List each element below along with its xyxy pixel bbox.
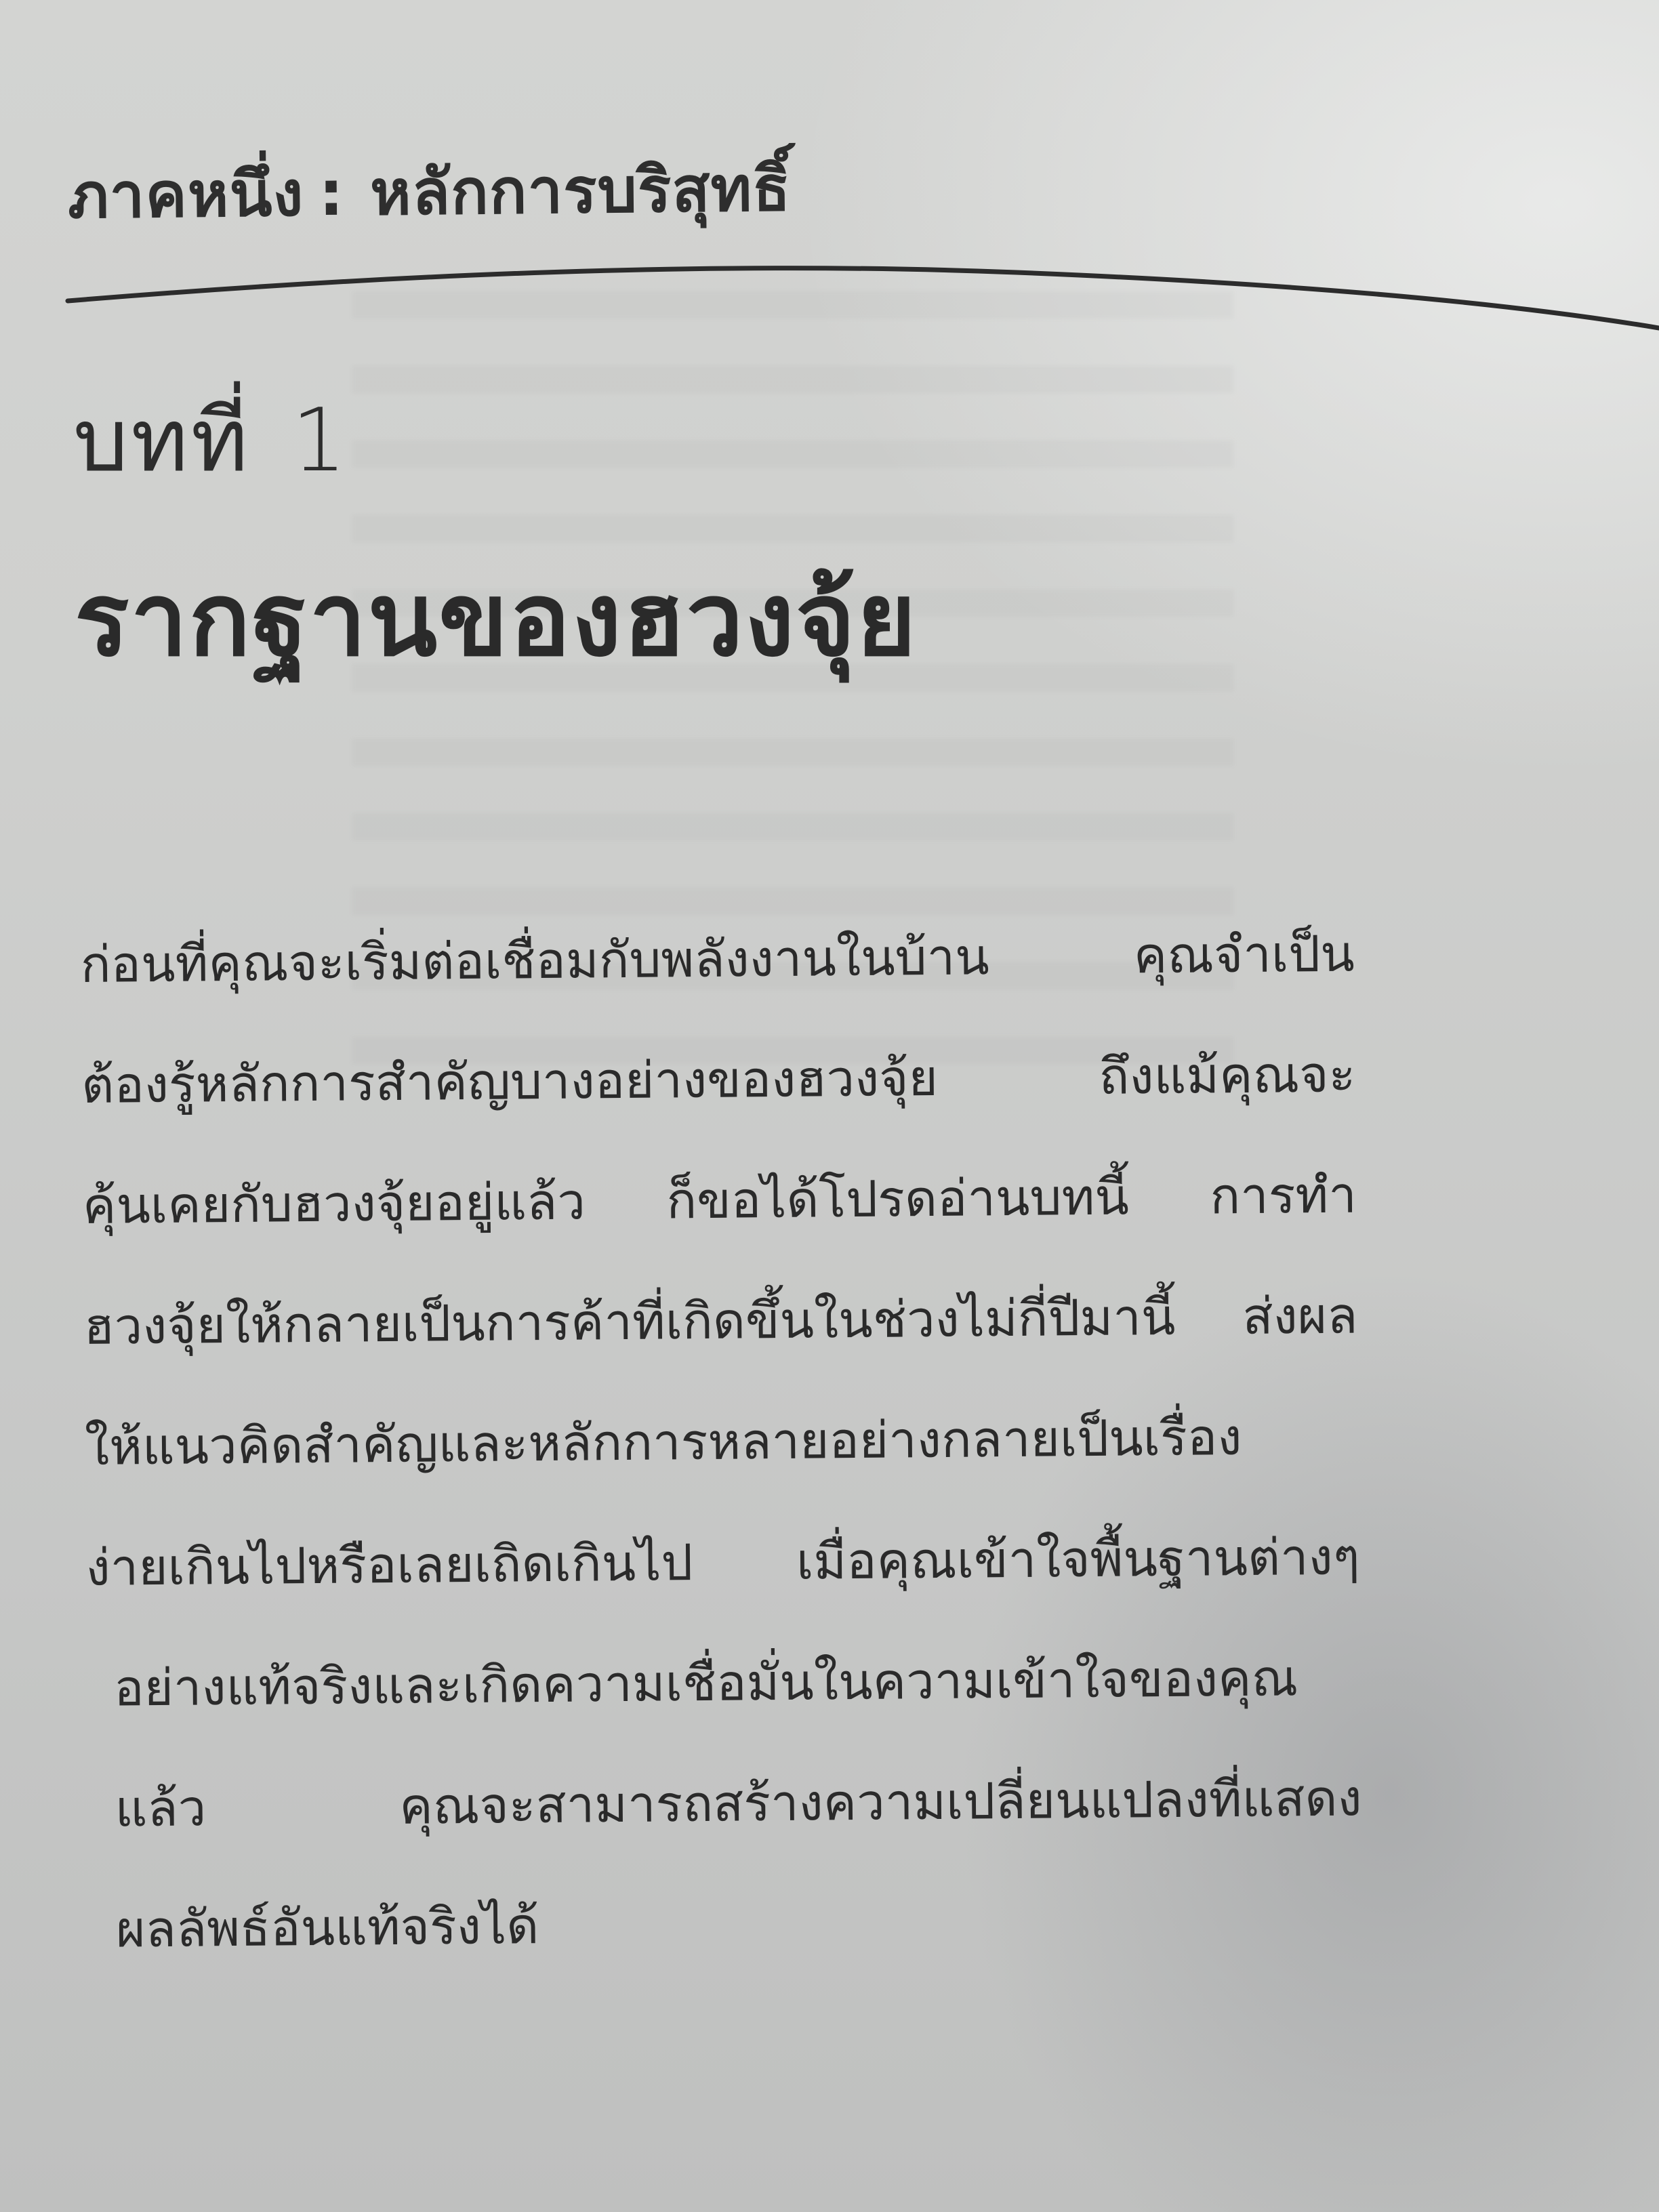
part-header: ภาคหนึ่ง:หลักการบริสุทธิ์	[67, 138, 792, 245]
body-line: ให้แนวคิดสำคัญและหลักการหลายอย่างกลายเป็…	[84, 1376, 1359, 1508]
body-line: ก่อนที่คุณจะเริ่มต่อเชื่อมกับพลังงานในบ้…	[80, 894, 1355, 1025]
body-paragraph: ก่อนที่คุณจะเริ่มต่อเชื่อมกับพลังงานในบ้…	[80, 893, 1377, 1990]
body-line: ง่ายเกินไปหรือเลยเถิดเกินไป เมื่อคุณเข้า…	[85, 1497, 1360, 1629]
part-title: หลักการบริสุทธิ์	[370, 152, 792, 229]
chapter-number: 1	[291, 390, 349, 491]
body-line: ต้องรู้หลักการสำคัญบางอย่างของฮวงจุ้ย ถึ…	[81, 1015, 1356, 1146]
part-separator: :	[319, 157, 345, 230]
chapter-label: บทที่1	[73, 371, 349, 509]
body-line: แล้ว คุณจะสามารถสร้างความเปลี่ยนแปลงที่แ…	[87, 1738, 1362, 1870]
book-page: ภาคหนึ่ง:หลักการบริสุทธิ์ บทที่1 รากฐานข…	[0, 0, 1659, 2212]
body-line: ฮวงจุ้ยให้กลายเป็นการค้าที่เกิดขึ้นในช่ว…	[83, 1256, 1358, 1387]
body-line: คุ้นเคยกับฮวงจุ้ยอยู่แล้ว ก็ขอได้โปรดอ่า…	[82, 1135, 1357, 1267]
part-label: ภาคหนึ่ง	[67, 157, 304, 232]
body-line: อย่างแท้จริงและเกิดความเชื่อมั่นในความเข…	[86, 1618, 1361, 1749]
body-line: ผลลัพธ์อันแท้จริงได้	[88, 1859, 1363, 1990]
chapter-word: บทที่	[73, 390, 251, 491]
chapter-title: รากฐานของฮวงจุ้ย	[75, 539, 918, 700]
header-divider-rule	[0, 258, 1659, 366]
